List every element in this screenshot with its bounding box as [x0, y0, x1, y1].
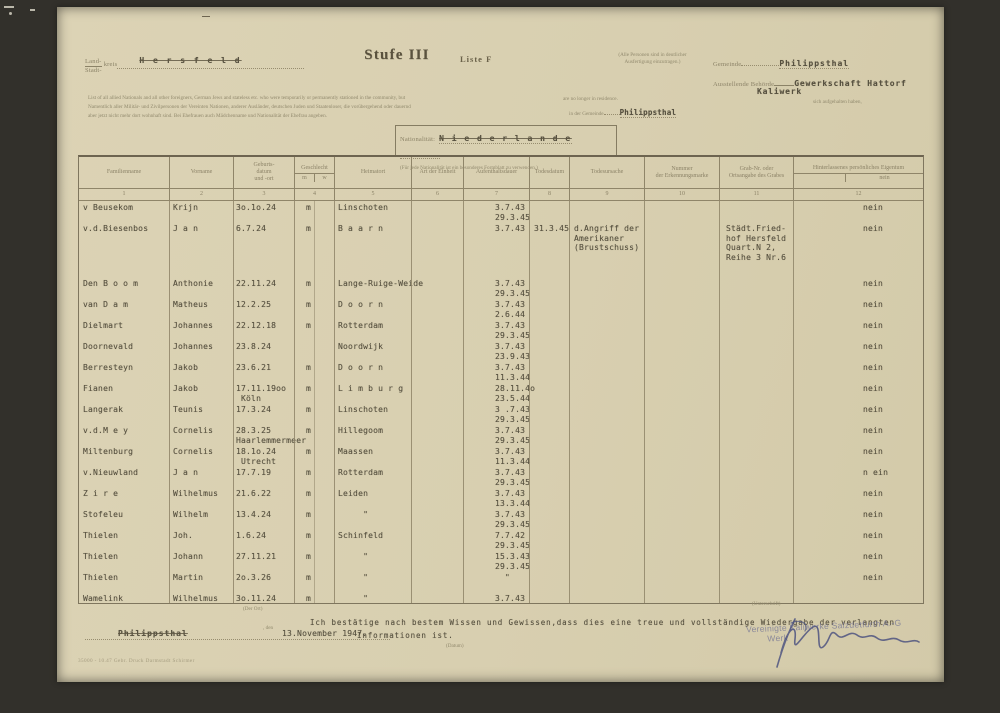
kreis-field: Land- Stadt- kreis H e r s f e l d: [85, 50, 304, 75]
datum-label: (Datum): [446, 643, 464, 650]
gemeinde-field: GemeindePhilippsthal: [713, 53, 849, 71]
cell-vorname: Johannes: [169, 321, 233, 331]
table-row: van D a m Matheus 12.2.25 m D o o r n 3.…: [79, 298, 923, 319]
table-row: Thielen Martin 2o.3.26 m " " nein: [79, 571, 923, 592]
eigentum-subheader: nein: [794, 173, 923, 182]
cell-vorname: Jakob: [169, 384, 233, 394]
cell-heimatort: Hillegoom: [334, 426, 411, 436]
col-eigentum: Hinterlassenes persönliches Eigentum nei…: [793, 157, 923, 188]
ort-label: (Der Ort): [243, 606, 262, 613]
cell-vorname: Cornelis: [169, 447, 233, 457]
cell-grab: Städt.Fried- hof Hersfeld Quart.N 2, Rei…: [719, 224, 793, 262]
cell-aufenthaltsdauer: 3.7.43 29.3.45: [463, 510, 529, 529]
cell-familienname: v.d.Biesenbos: [79, 224, 169, 234]
cell-geburtsdatum: 27.11.21: [233, 552, 294, 562]
nationalitaet-box: Nationalität: N i e d e r l a n d e (Für…: [395, 125, 617, 157]
cell-vorname: Wilhelm: [169, 510, 233, 520]
cell-geburtsdatum: 23.6.21: [233, 363, 294, 373]
cell-familienname: Dielmart: [79, 321, 169, 331]
cell-eigentum: nein: [793, 224, 923, 234]
cell-familienname: Langerak: [79, 405, 169, 415]
den-label: , den: [263, 625, 273, 632]
cell-aufenthaltsdauer: 3.7.43: [463, 224, 529, 234]
cell-familienname: Berresteyn: [79, 363, 169, 373]
table-row: Miltenburg Cornelis 18.1o.24 Utrecht m M…: [79, 445, 923, 466]
cell-heimatort: L i m b u r g: [334, 384, 411, 394]
cell-familienname: Fianen: [79, 384, 169, 394]
cell-geburtsdatum: 23.8.24: [233, 342, 294, 352]
cell-familienname: van D a m: [79, 300, 169, 310]
scan-page: { "form": { "kreis_label_top": "Land-", …: [0, 0, 1000, 713]
cell-vorname: Krijn: [169, 203, 233, 213]
table-row: Stofeleu Wilhelm 13.4.24 m " 3.7.43 29.3…: [79, 508, 923, 529]
cell-heimatort: Linschoten: [334, 203, 411, 213]
cell-vorname: Anthonie: [169, 279, 233, 289]
cell-eigentum: nein: [793, 552, 923, 562]
intro-de2: aber jetzt nicht mehr dort wohnhaft sind…: [88, 113, 558, 120]
cell-aufenthaltsdauer: 3.7.43 29.3.45: [463, 468, 529, 487]
kreis-fraction: Land- Stadt-: [85, 58, 102, 75]
cell-geburtsdatum: 6.7.24: [233, 224, 294, 234]
cell-geburtsdatum: 12.2.25: [233, 300, 294, 310]
cell-aufenthaltsdauer: 7.7.42 29.3.45: [463, 531, 529, 550]
cell-geburtsdatum: 13.4.24: [233, 510, 294, 520]
cell-aufenthaltsdauer: 28.11.4o 23.5.44: [463, 384, 529, 403]
cell-aufenthaltsdauer: 15.3.43 29.3.45: [463, 552, 529, 571]
cell-aufenthaltsdauer: 3.7.43 29.3.45: [463, 321, 529, 340]
cell-familienname: v.Nieuwland: [79, 468, 169, 478]
cell-geburtsdatum: 28.3.25 Haarlemmermeer: [233, 426, 294, 445]
cell-vorname: Joh.: [169, 531, 233, 541]
cell-eigentum: nein: [793, 489, 923, 499]
cell-aufenthaltsdauer: 3.7.43 23.9.43: [463, 342, 529, 361]
gemeinde-inline-suffix: sich aufgehalten haben,: [813, 99, 862, 106]
intro-gemeinde-inline: in der GemeindePhilippsthal: [569, 102, 676, 120]
persons-table: Familienname Vorname Geburts- datum und …: [78, 155, 924, 604]
cell-heimatort: Rotterdam: [334, 468, 411, 478]
gemeinde-inline-value: Philippsthal: [620, 108, 677, 118]
cell-todesursache: d.Angriff der Amerikaner (Brustschuss): [569, 224, 644, 253]
cell-heimatort: D o o r n: [334, 363, 411, 373]
cell-geburtsdatum: 3o.11.24 Rotterdam: [233, 594, 294, 603]
cell-familienname: Wamelink: [79, 594, 169, 603]
cell-heimatort: Leiden: [334, 489, 411, 499]
cell-todesdatum: 31.3.45: [529, 224, 569, 234]
column-numbers: 1 2 3 4 5 6 7 8 9 10 11 12: [79, 188, 923, 200]
cell-geburtsdatum: 17.7.19: [233, 468, 294, 478]
table-row: Doornevald Johannes 23.8.24 Noordwijk 3.…: [79, 340, 923, 361]
cell-geburtsdatum: 22.12.18: [233, 321, 294, 331]
cell-eigentum: nein: [793, 384, 923, 394]
cell-geburtsdatum: 17.11.19oo Köln: [233, 384, 294, 403]
cell-familienname: Thielen: [79, 552, 169, 562]
cell-vorname: Matheus: [169, 300, 233, 310]
col-geburtsdatum: Geburts- datum und -ort: [233, 157, 294, 188]
handwritten-signature: [757, 613, 932, 673]
table-row: v.d.M e y Cornelis 28.3.25 Haarlemmermee…: [79, 424, 923, 445]
col-erkennungsmarke: Nummer der Erkennungsmarke: [644, 157, 719, 188]
cell-heimatort: ": [334, 552, 411, 562]
behoerde-value-1: Gewerkschaft Hattorf: [794, 79, 906, 88]
table-row: Den B o o m Anthonie 22.11.24 m Lange-Ru…: [79, 277, 923, 298]
table-row: v.d.Biesenbos J a n 6.7.24 m B a a r n 3…: [79, 222, 923, 262]
pencil-mark: [202, 16, 210, 17]
cell-vorname: Teunis: [169, 405, 233, 415]
col-vorname: Vorname: [169, 157, 233, 188]
cell-aufenthaltsdauer: 3.7.43 29.3.45: [463, 426, 529, 445]
cell-geburtsdatum: 3o.1o.24: [233, 203, 294, 213]
cell-eigentum: nein: [793, 447, 923, 457]
table-row: v.Nieuwland J a n 17.7.19 m Rotterdam 3.…: [79, 466, 923, 487]
cell-familienname: Thielen: [79, 531, 169, 541]
cell-heimatort: D o o r n: [334, 300, 411, 310]
behoerde-field: Ausstellende BehördeGewerkschaft Hattorf: [713, 73, 907, 91]
cell-eigentum: nein: [793, 363, 923, 373]
cell-geburtsdatum: 22.11.24: [233, 279, 294, 289]
table-row: Langerak Teunis 17.3.24 m Linschoten 3 .…: [79, 403, 923, 424]
gemeinde-label: Gemeinde: [713, 61, 741, 68]
kreis-label-suffix: kreis: [104, 61, 118, 69]
cell-aufenthaltsdauer: 3.7.43 7.8.43: [463, 594, 529, 603]
cell-vorname: Wilhelmus: [169, 594, 233, 603]
cell-eigentum: nein: [793, 405, 923, 415]
cell-aufenthaltsdauer: 3 .7.43 29.3.45: [463, 405, 529, 424]
col-aufenthaltsdauer: Aufenthaltsdauer: [463, 157, 529, 188]
date-value: 13.November 1947.: [282, 629, 367, 639]
kreis-label-top: Land-: [85, 58, 102, 67]
gemeinde-inline-leader: [604, 108, 620, 115]
table-row: v Beusekom Krijn 3o.1o.24 m Linschoten 3…: [79, 201, 923, 222]
behoerde-value-2: Kaliwerk: [757, 87, 802, 97]
unterschrift-label: (Unterschrift): [752, 601, 781, 608]
table-header: Familienname Vorname Geburts- datum und …: [79, 157, 923, 188]
table-row: Z i r e Wilhelmus 21.6.22 m Leiden 3.7.4…: [79, 487, 923, 508]
cell-familienname: v Beusekom: [79, 203, 169, 213]
table-row: Berresteyn Jakob 23.6.21 m D o o r n 3.7…: [79, 361, 923, 382]
cell-heimatort: ": [334, 573, 411, 583]
cell-eigentum: nein: [793, 342, 923, 352]
cell-heimatort: ": [334, 594, 411, 603]
scan-artifact: [9, 12, 12, 15]
kreis-value-line: H e r s f e l d: [117, 50, 304, 69]
col-todesursache: Todesursache: [569, 157, 644, 188]
cell-heimatort: B a a r n: [334, 224, 411, 234]
form-title: Stufe III: [337, 47, 457, 64]
cell-heimatort: Rotterdam: [334, 321, 411, 331]
cell-eigentum: nein: [793, 321, 923, 331]
table-row: Thielen Joh. 1.6.24 m Schinfeld 7.7.42 2…: [79, 529, 923, 550]
col-todesdatum: Todesdatum: [529, 157, 569, 188]
cell-geburtsdatum: 18.1o.24 Utrecht: [233, 447, 294, 466]
cell-aufenthaltsdauer: 3.7.43 2.6.44: [463, 300, 529, 319]
intro-en: List of all allied Nationals and all oth…: [88, 95, 568, 102]
cell-vorname: Johannes: [169, 342, 233, 352]
cell-vorname: Cornelis: [169, 426, 233, 436]
document-paper: Land- Stadt- kreis H e r s f e l d Stufe…: [57, 7, 944, 682]
liste-label: Liste F: [460, 54, 492, 64]
cell-familienname: Z i r e: [79, 489, 169, 499]
cell-heimatort: Lange-Ruige-Weide: [334, 279, 411, 289]
table-row: Thielen Johann 27.11.21 m " 15.3.43 29.3…: [79, 550, 923, 571]
cell-vorname: Jakob: [169, 363, 233, 373]
nationalitaet-value: N i e d e r l a n d e: [439, 134, 572, 144]
scan-artifact: [4, 6, 14, 8]
cell-geburtsdatum: 2o.3.26: [233, 573, 294, 583]
cell-familienname: Stofeleu: [79, 510, 169, 520]
col-heimatort: Heimatort: [334, 157, 411, 188]
cert-line2: Informationen ist.: [357, 631, 454, 641]
cell-aufenthaltsdauer: 3.7.43 13.3.44: [463, 489, 529, 508]
cell-geburtsdatum: 17.3.24: [233, 405, 294, 415]
cell-vorname: J a n: [169, 468, 233, 478]
cell-heimatort: Linschoten: [334, 405, 411, 415]
cell-eigentum: nein: [793, 531, 923, 541]
geschlecht-subheader: mw: [295, 173, 334, 182]
table-row: Wamelink Wilhelmus 3o.11.24 Rotterdam m …: [79, 592, 923, 603]
col-geschlecht: Geschlecht mw: [294, 157, 334, 188]
cell-heimatort: Maassen: [334, 447, 411, 457]
scan-artifact: [30, 9, 35, 11]
cell-aufenthaltsdauer: ": [463, 573, 529, 583]
cell-vorname: Martin: [169, 573, 233, 583]
cell-eigentum: nein: [793, 573, 923, 583]
cell-eigentum: nein: [793, 279, 923, 289]
ort-value: Philippsthal: [118, 629, 188, 639]
intro-de: Namentlich aller Militär- und Zivilperso…: [88, 104, 568, 111]
cell-familienname: Den B o o m: [79, 279, 169, 289]
cell-familienname: v.d.M e y: [79, 426, 169, 436]
cell-eigentum: nein: [793, 300, 923, 310]
col-grab: Grab-Nr. oder Ortsangabe des Grabes: [719, 157, 793, 188]
cell-heimatort: Noordwijk: [334, 342, 411, 352]
table-body: v Beusekom Krijn 3o.1o.24 m Linschoten 3…: [79, 200, 923, 603]
kreis-label-bottom: Stadt-: [85, 67, 102, 75]
note-right: (Alle Personen sind in deutlicher Ausfer…: [585, 52, 720, 65]
cell-familienname: Miltenburg: [79, 447, 169, 457]
cell-vorname: J a n: [169, 224, 233, 234]
cell-familienname: Doornevald: [79, 342, 169, 352]
cell-aufenthaltsdauer: 3.7.43 11.3.44: [463, 447, 529, 466]
cell-heimatort: ": [334, 510, 411, 520]
cell-eigentum: nein: [793, 203, 923, 213]
behoerde-dash: [774, 78, 794, 86]
cell-heimatort: Schinfeld: [334, 531, 411, 541]
gemeinde-inline-label: in der Gemeinde: [569, 111, 604, 117]
col-einheit: Art der Einheit: [411, 157, 463, 188]
nationalitaet-label: Nationalität:: [400, 136, 435, 143]
cell-aufenthaltsdauer: 3.7.43 29.3.45: [463, 279, 529, 298]
gemeinde-value: Philippsthal: [779, 59, 849, 69]
cell-eigentum: nein: [793, 426, 923, 436]
cell-geburtsdatum: 21.6.22: [233, 489, 294, 499]
table-row: Dielmart Johannes 22.12.18 m Rotterdam 3…: [79, 319, 923, 340]
table-row: Fianen Jakob 17.11.19oo Köln m L i m b u…: [79, 382, 923, 403]
col-familienname: Familienname: [79, 157, 169, 188]
kreis-value: H e r s f e l d: [139, 56, 241, 65]
cell-vorname: Wilhelmus: [169, 489, 233, 499]
cell-vorname: Johann: [169, 552, 233, 562]
cell-aufenthaltsdauer: 3.7.43 11.3.44: [463, 363, 529, 382]
cell-eigentum: nein: [793, 510, 923, 520]
cell-familienname: Thielen: [79, 573, 169, 583]
cell-geburtsdatum: 1.6.24: [233, 531, 294, 541]
gemeinde-leader: [741, 58, 779, 66]
printer-note: 35000 - 10.47 Gebr. Druck Darmstadt Schi…: [78, 658, 195, 665]
cell-aufenthaltsdauer: 3.7.43 29.3.45: [463, 203, 529, 222]
cell-eigentum: n ein: [793, 468, 923, 478]
